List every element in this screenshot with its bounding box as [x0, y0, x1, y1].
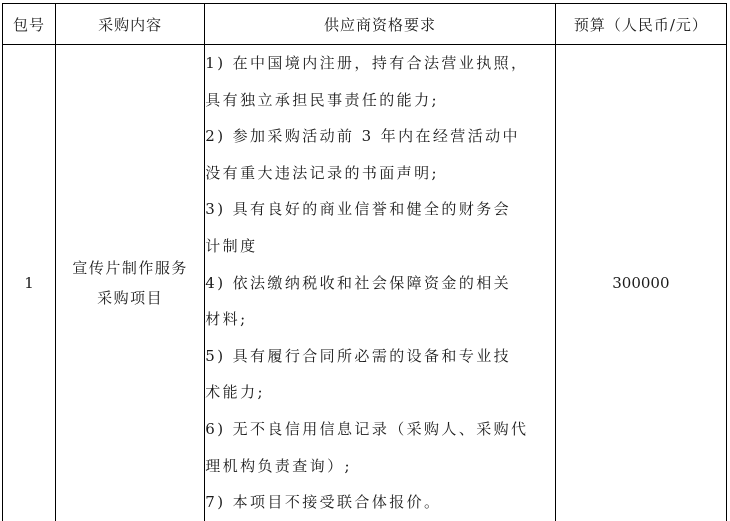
content-line: 宣传片制作服务 — [56, 253, 204, 283]
header-budget: 预算（人民币/元） — [555, 4, 726, 45]
requirement-line: 4) 依法缴纳税收和社会保障资金的相关 — [205, 265, 554, 302]
requirement-line: 材料; — [205, 301, 554, 338]
content-line: 采购项目 — [56, 283, 204, 313]
requirement-line: 没有重大违法记录的书面声明; — [205, 155, 554, 192]
budget-cell: 300000 — [555, 45, 726, 521]
header-requirements: 供应商资格要求 — [205, 4, 555, 45]
header-package-no: 包号 — [3, 4, 56, 45]
requirement-line: 1) 在中国境内注册，持有合法营业执照， — [205, 45, 554, 82]
requirement-line: 3) 具有良好的商业信誉和健全的财务会 — [205, 191, 554, 228]
requirement-line: 理机构负责查询）; — [205, 448, 554, 485]
requirement-line: 术能力; — [205, 374, 554, 411]
table-row: 1 宣传片制作服务 采购项目 1) 在中国境内注册，持有合法营业执照， 具有独立… — [3, 45, 727, 521]
procurement-table: 包号 采购内容 供应商资格要求 预算（人民币/元） 1 宣传片制作服务 采购项目… — [2, 3, 727, 521]
requirement-line: 具有独立承担民事责任的能力; — [205, 82, 554, 119]
package-number-cell: 1 — [3, 45, 56, 521]
content-cell: 宣传片制作服务 采购项目 — [56, 45, 205, 521]
header-row: 包号 采购内容 供应商资格要求 预算（人民币/元） — [3, 4, 727, 45]
requirement-line: 7) 本项目不接受联合体报价。 — [205, 484, 554, 521]
requirement-line: 5) 具有履行合同所必需的设备和专业技 — [205, 338, 554, 375]
requirements-cell: 1) 在中国境内注册，持有合法营业执照， 具有独立承担民事责任的能力; 2) 参… — [205, 45, 555, 521]
requirement-line: 6) 无不良信用信息记录（采购人、采购代 — [205, 411, 554, 448]
requirement-line: 计制度 — [205, 228, 554, 265]
header-content: 采购内容 — [56, 4, 205, 45]
requirement-line: 2) 参加采购活动前 3 年内在经营活动中 — [205, 118, 554, 155]
